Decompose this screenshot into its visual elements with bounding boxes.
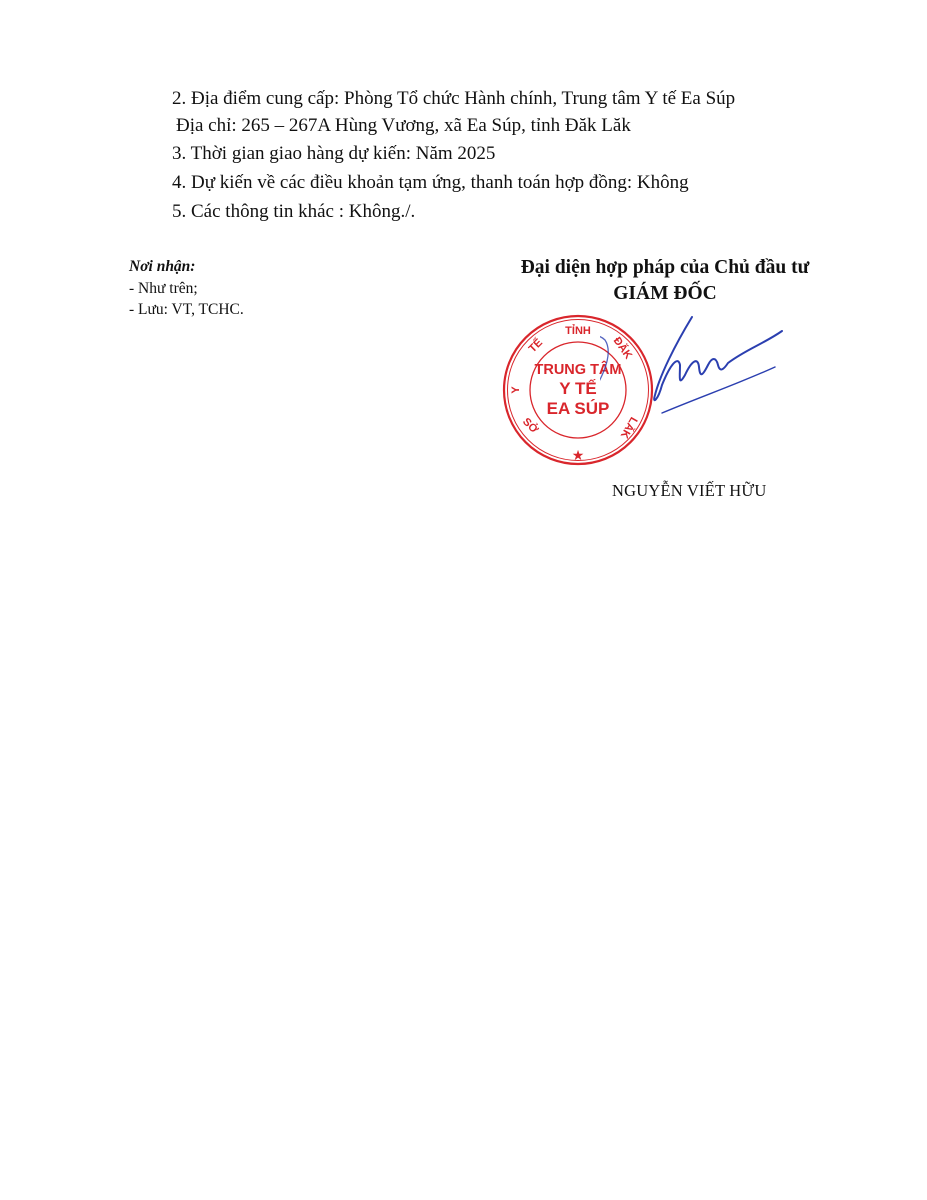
- signature-icon: [600, 305, 800, 435]
- svg-text:SỞ: SỞ: [520, 415, 541, 436]
- signature-title-line2: GIÁM ĐỐC: [480, 281, 850, 307]
- recipient-line: - Lưu: VT, TCHC.: [129, 299, 244, 321]
- svg-text:★: ★: [572, 447, 585, 463]
- recipients-title: Nơi nhận:: [129, 256, 244, 278]
- item-payment-terms: 4. Dự kiến về các điều khoản tạm ứng, th…: [172, 170, 689, 196]
- signature-title: Đại diện hợp pháp của Chủ đầu tư GIÁM ĐỐ…: [480, 255, 850, 307]
- stamp-center-line2: Y TẾ: [559, 379, 596, 398]
- recipients-block: Nơi nhận: - Như trên; - Lưu: VT, TCHC.: [129, 256, 244, 321]
- signature-title-line1: Đại diện hợp pháp của Chủ đầu tư: [480, 255, 850, 281]
- signer-name: NGUYỄN VIẾT HỮU: [612, 480, 767, 502]
- item-address: Địa chỉ: 265 – 267A Hùng Vương, xã Ea Sú…: [176, 113, 631, 139]
- recipient-line: - Như trên;: [129, 278, 244, 300]
- svg-text:TỈNH: TỈNH: [565, 324, 591, 337]
- item-other-info: 5. Các thông tin khác : Không./.: [172, 199, 415, 225]
- item-delivery-time: 3. Thời gian giao hàng dự kiến: Năm 2025: [172, 141, 495, 167]
- svg-text:Y: Y: [510, 386, 522, 394]
- item-location: 2. Địa điểm cung cấp: Phòng Tổ chức Hành…: [172, 86, 735, 112]
